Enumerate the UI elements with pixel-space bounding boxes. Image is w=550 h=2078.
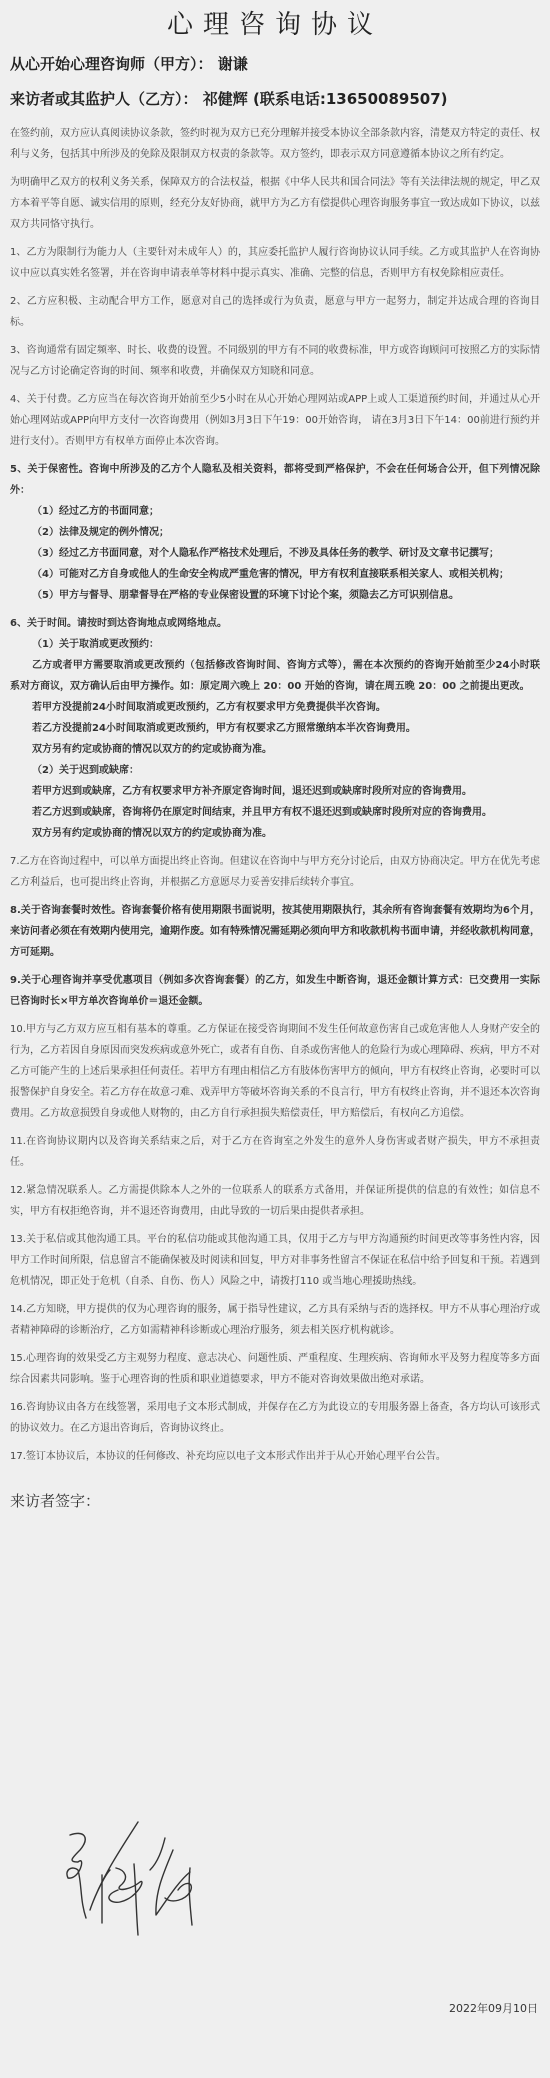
party-b-name: 祁健辉 xyxy=(203,90,248,108)
clause-6-sub1-line: 若乙方没提前24小时间取消或更改预约，甲方有权要求乙方照常缴纳本半次咨询费用。 xyxy=(10,718,540,739)
clause-11: 11.在咨询协议期内以及咨询关系结束之后，对于乙方在咨询室之外发生的意外人身伤害… xyxy=(10,1131,540,1173)
party-b-label: 来访者或其监护人（乙方）： xyxy=(10,90,198,108)
clause-2: 2、乙方应积极、主动配合甲方工作，愿意对自己的选择或行为负责，愿意与甲方一起努力… xyxy=(10,291,540,333)
document-title: 心理咨询协议 xyxy=(10,0,540,46)
party-a-label: 从心开始心理咨询师（甲方）： xyxy=(10,55,213,73)
clause-6: 6、关于时间。请按时到达咨询地点或网络地点。 （1）关于取消或更改预约： 乙方或… xyxy=(10,613,540,844)
clause-5-item: （2）法律及规定的例外情况； xyxy=(10,522,540,543)
clause-5: 5、关于保密性。咨询中所涉及的乙方个人隐私及相关资料，都将受到严格保护，不会在任… xyxy=(10,459,540,606)
clause-13: 13.关于私信或其他沟通工具。平台的私信功能或其他沟通工具，仅用于乙方与甲方沟通… xyxy=(10,1229,540,1292)
clause-7: 7.乙方在咨询过程中，可以单方面提出终止咨询。但建议在咨询中与甲方充分讨论后，由… xyxy=(10,851,540,893)
clause-6-sub2-title: （2）关于迟到或缺席： xyxy=(10,760,540,781)
clause-6-sub2-line: 若乙方迟到或缺席，咨询将仍在原定时间结束，并且甲方有权不退还迟到或缺席时段所对应… xyxy=(10,802,540,823)
clause-12: 12.紧急情况联系人。乙方需提供除本人之外的一位联系人的联系方式备用，并保证所提… xyxy=(10,1180,540,1222)
clause-15: 15.心理咨询的效果受乙方主观努力程度、意志决心、问题性质、严重程度、生理疾病、… xyxy=(10,1348,540,1390)
clause-1: 1、乙方为限制行为能力人（主要针对未成年人）的，其应委托监护人履行咨询协议认同手… xyxy=(10,242,540,284)
clause-6-sub1-line: 若甲方没提前24小时间取消或更改预约，乙方有权要求甲方免费提供半次咨询。 xyxy=(10,697,540,718)
party-b-phone: (联系电话:13650089507) xyxy=(253,90,448,108)
party-a-name: 谢谦 xyxy=(218,55,248,73)
clause-6-heading: 6、关于时间。请按时到达咨询地点或网络地点。 xyxy=(10,613,540,634)
party-b-line: 来访者或其监护人（乙方）： 祁健辉 (联系电话:13650089507) xyxy=(10,89,540,109)
clause-5-item: （5）甲方与督导、朋辈督导在严格的专业保密设置的环境下讨论个案，须隐去乙方可识别… xyxy=(10,585,540,606)
handwritten-signature-image xyxy=(60,1820,240,1950)
signing-date: 2022年09月10日 xyxy=(449,2000,538,2016)
clause-3: 3、咨询通常有固定频率、时长、收费的设置。不同级别的甲方有不同的收费标准，甲方或… xyxy=(10,340,540,382)
clause-10: 10.甲方与乙方双方应互相有基本的尊重。乙方保证在接受咨询期间不发生任何故意伤害… xyxy=(10,1019,540,1124)
clause-6-sub1-title: （1）关于取消或更改预约： xyxy=(10,634,540,655)
clause-5-item: （3）经过乙方书面同意，对个人隐私作严格技术处理后，不涉及具体任务的教学、研讨及… xyxy=(10,543,540,564)
clause-17: 17.签订本协议后，本协议的任何修改、补充均应以电子文本形式作出并于从心开始心理… xyxy=(10,1446,540,1467)
intro-paragraph-2: 为明确甲乙双方的权利义务关系，保障双方的合法权益，根据《中华人民共和国合同法》等… xyxy=(10,172,540,235)
clause-6-sub2-line: 若甲方迟到或缺席，乙方有权要求甲方补齐原定咨询时间，退还迟到或缺席时段所对应的咨… xyxy=(10,781,540,802)
clause-5-heading: 5、关于保密性。咨询中所涉及的乙方个人隐私及相关资料，都将受到严格保护，不会在任… xyxy=(10,459,540,501)
clause-16: 16.咨询协议由各方在线签署，采用电子文本形式制成，并保存在乙方为此设立的专用服… xyxy=(10,1397,540,1439)
clause-6-sub1-line: 双方另有约定或协商的情况以双方的约定或协商为准。 xyxy=(10,739,540,760)
clause-14: 14.乙方知晓，甲方提供的仅为心理咨询的服务，属于指导性建议，乙方具有采纳与否的… xyxy=(10,1299,540,1341)
agreement-document: 心理咨询协议 从心开始心理咨询师（甲方）： 谢谦 来访者或其监护人（乙方）： 祁… xyxy=(0,0,550,1511)
clause-8: 8.关于咨询套餐时效性。咨询套餐价格有使用期限书面说明，按其使用期限执行，其余所… xyxy=(10,900,540,963)
intro-paragraph-1: 在签约前，双方应认真阅读协议条款，签约时视为双方已充分理解并接受本协议全部条款内… xyxy=(10,123,540,165)
clause-6-sub1-line: 乙方或者甲方需要取消或更改预约（包括修改咨询时间、咨询方式等），需在本次预约的咨… xyxy=(10,655,540,697)
clause-5-item: （1）经过乙方的书面同意； xyxy=(10,501,540,522)
clause-4: 4、关于付费。乙方应当在每次咨询开始前至少5小时在从心开始心理网站或APP上或人… xyxy=(10,389,540,452)
clause-5-item: （4）可能对乙方自身或他人的生命安全构成严重危害的情况，甲方有权利直接联系相关家… xyxy=(10,564,540,585)
party-a-line: 从心开始心理咨询师（甲方）： 谢谦 xyxy=(10,54,540,74)
signature-label: 来访者签字： xyxy=(10,1491,540,1511)
clause-9: 9.关于心理咨询并享受优惠项目（例如多次咨询套餐）的乙方，如发生中断咨询，退还金… xyxy=(10,970,540,1012)
clause-6-sub2-line: 双方另有约定或协商的情况以双方的约定或协商为准。 xyxy=(10,823,540,844)
